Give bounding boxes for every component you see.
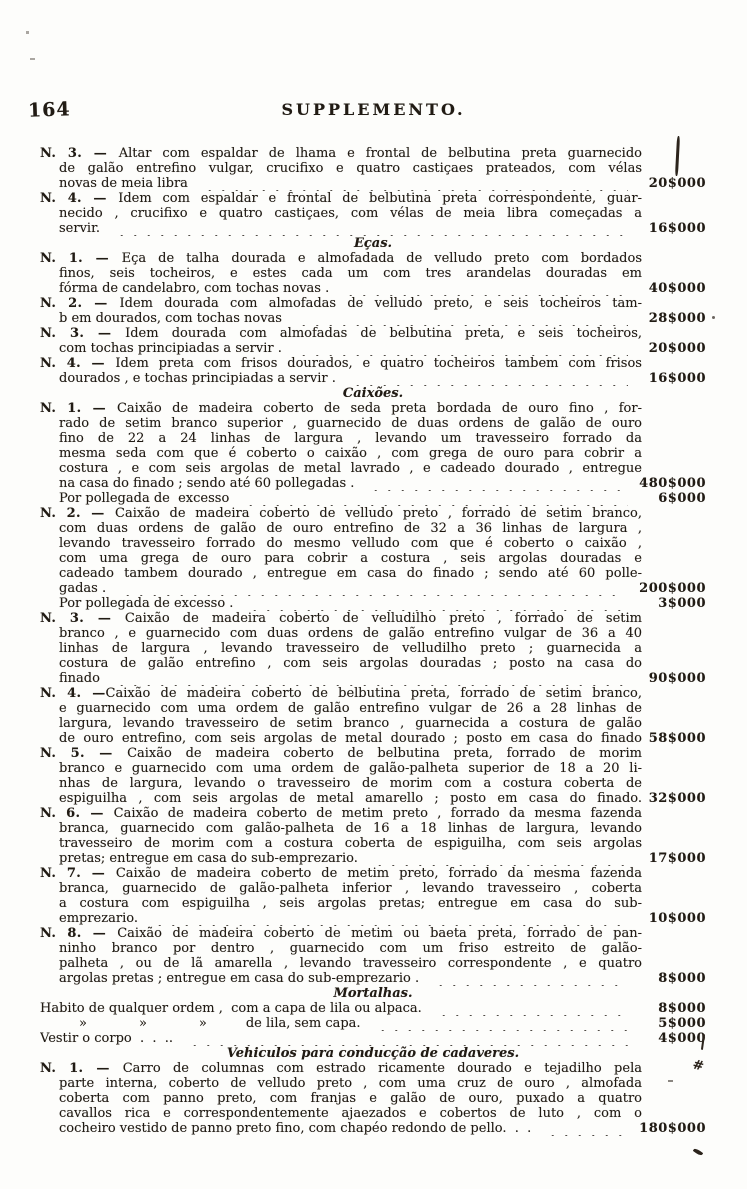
entry-text: largura, levando travesseiro de setim br… <box>59 716 642 731</box>
entry-text: finado <box>59 671 100 686</box>
entry-number: N. 2. — <box>40 296 119 311</box>
entry-line: branca, guarnecido de galão-palheta infe… <box>40 881 642 896</box>
entry-line: branca, guarnecido com galão-palheta de … <box>40 821 642 836</box>
entry-line: com uma grega de ouro para cobrir a cost… <box>40 551 642 566</box>
entry-line: levando travesseiro forrado do mesmo vel… <box>40 536 642 551</box>
section: Eças.N. 1. — Eça de talha dourada e almo… <box>40 236 706 386</box>
entry-text: N. 7. — Caixão de madeira coberto de met… <box>40 866 642 881</box>
section-heading: Mortalhas. <box>40 986 706 1001</box>
price-value: 20$000 <box>642 176 706 191</box>
price-list-entry: Por pollegada de excesso .3$000 <box>40 596 706 611</box>
price-list-entry: N. 1. — Eça de talha dourada e almofadad… <box>40 251 706 296</box>
entry-text: N. 5. — Caixão de madeira coberto de bel… <box>40 746 642 761</box>
price-value: 5$000 <box>642 1016 706 1031</box>
entry-text: com tochas principiadas a servir . <box>59 341 282 356</box>
entry-line: N. 4. — Idem preta com frisos dourados, … <box>40 356 642 371</box>
section: N. 3. — Altar com espaldar de lhama e fr… <box>40 146 706 236</box>
price-value: 16$000 <box>642 371 706 386</box>
entry-line: branco , e guarnecido com duas ordens de… <box>40 626 642 641</box>
dot-leader <box>110 671 628 686</box>
entry-text: N. 3. — Idem dourada com almofadas de be… <box>40 326 642 341</box>
entry-line: com tochas principiadas a servir .20$000 <box>40 341 706 356</box>
entry-text: N. 3. — Caixão de madeira coberto de vel… <box>40 611 642 626</box>
dot-leader <box>239 491 628 506</box>
entry-text: N. 8. — Caixão de madeira coberto de met… <box>40 926 642 941</box>
entry-text: com uma grega de ouro para cobrir a cost… <box>59 551 642 566</box>
entry-text: branca, guarnecido com galão-palheta de … <box>59 821 642 836</box>
entry-line: e guarnecido com uma ordem de galão entr… <box>40 701 642 716</box>
ink-artifact: # <box>692 1057 702 1071</box>
page-header: SUPPLEMENTO. <box>0 100 747 119</box>
scanned-document-page: 164 SUPPLEMENTO. N. 3. — Altar com espal… <box>0 0 747 1189</box>
ink-artifact <box>30 58 35 60</box>
dot-leader <box>243 596 628 611</box>
price-value: 10$000 <box>642 911 706 926</box>
entry-line: de ouro entrefino, com seis argolas de m… <box>40 731 706 746</box>
entry-line: Por pollegada de excesso .3$000 <box>40 596 706 611</box>
entry-text: fórma de candelabro, com tochas novas . <box>59 281 329 296</box>
entry-number: N. 1. — <box>40 1061 123 1076</box>
entry-line: N. 1. — Eça de talha dourada e almofadad… <box>40 251 642 266</box>
price-list-entry: Por pollegada de excesso6$000 <box>40 491 706 506</box>
entry-text: Por pollegada de excesso <box>59 491 229 506</box>
price-value: 8$000 <box>642 971 706 986</box>
entry-line: cocheiro vestido de panno preto fino, co… <box>40 1121 706 1136</box>
section: Mortalhas.Habito de qualquer ordem , com… <box>40 986 706 1046</box>
entry-text: Vestir o corpo . . .. <box>40 1031 173 1046</box>
entry-line: finos, seis tocheiros, e estes cada um c… <box>40 266 642 281</box>
entry-line: palheta , ou de lã amarella , levando tr… <box>40 956 642 971</box>
entry-text: b em dourados, com tochas novas <box>59 311 282 326</box>
entry-text: de ouro entrefino, com seis argolas de m… <box>59 731 642 746</box>
section: Vehiculos para conducção de cadaveres.N.… <box>40 1046 706 1136</box>
price-list-entry: N. 8. — Caixão de madeira coberto de met… <box>40 926 706 986</box>
entry-text: N. 6. — Caixão de madeira coberto de met… <box>40 806 642 821</box>
price-list-entry: N. 1. — Carro de columnas com estrado ri… <box>40 1061 706 1136</box>
dot-leader <box>148 911 628 926</box>
price-list-entry: N. 4. —Caixão de madeira coberto de belb… <box>40 686 706 746</box>
entry-line: largura, levando travesseiro de setim br… <box>40 716 642 731</box>
entry-line: gadas .200$000 <box>40 581 706 596</box>
price-list-entry: N. 7. — Caixão de madeira coberto de met… <box>40 866 706 926</box>
entry-text: costura de galão entrefino , com seis ar… <box>59 656 642 671</box>
entry-line: fino de 22 a 24 linhas de largura , leva… <box>40 431 642 446</box>
entry-text: N. 2. — Idem dourada com almofadas de ve… <box>40 296 642 311</box>
entry-number: N. 3. — <box>40 146 119 161</box>
entry-text: de galão entrefino vulgar, crucifixo e q… <box>59 161 642 176</box>
entry-text: mesma seda com que é coberto o caixão , … <box>59 446 642 461</box>
entry-text: a costura com espiguilha , seis argolas … <box>59 896 642 911</box>
entry-text: novas de meia libra <box>59 176 188 191</box>
entry-line: costura , e com seis argolas de metal la… <box>40 461 642 476</box>
entry-line: cadeado tambem dourado , entregue em cas… <box>40 566 642 581</box>
ink-artifact <box>693 1147 703 1156</box>
entry-line: cavallos rica e correspondentemente ajae… <box>40 1106 642 1121</box>
entry-number: N. 4. — <box>40 356 115 371</box>
entry-line: na casa do finado ; sendo até 60 pollega… <box>40 476 706 491</box>
dot-leader <box>292 311 628 326</box>
price-value: 480$000 <box>639 476 706 491</box>
entry-text: N. 1. — Caixão de madeira coberto de sed… <box>40 401 642 416</box>
entry-text: espiguilha , com seis argolas de metal a… <box>59 791 642 806</box>
price-list-entry: N. 2. — Idem dourada com almofadas de ve… <box>40 296 706 326</box>
price-list-entry: N. 5. — Caixão de madeira coberto de bel… <box>40 746 706 806</box>
entry-line: dourados , e tochas principiadas a servi… <box>40 371 706 386</box>
entry-line: » » » de lila, sem capa.5$000 <box>40 1016 706 1031</box>
entry-line: de galão entrefino vulgar, crucifixo e q… <box>40 161 642 176</box>
entry-line: rado de setim branco superior , guarneci… <box>40 416 642 431</box>
dot-leader <box>292 341 628 356</box>
price-list-entry: N. 4. — Idem com espaldar e frontal de b… <box>40 191 706 236</box>
entry-text: com duas ordens de galão de ouro entrefi… <box>59 521 642 536</box>
price-list-entry: N. 3. — Caixão de madeira coberto de vel… <box>40 611 706 686</box>
entry-text: finos, seis tocheiros, e estes cada um c… <box>59 266 642 281</box>
dot-leader <box>183 1031 628 1046</box>
entry-line: N. 7. — Caixão de madeira coberto de met… <box>40 866 642 881</box>
entry-line: Por pollegada de excesso6$000 <box>40 491 706 506</box>
entry-line: N. 5. — Caixão de madeira coberto de bel… <box>40 746 642 761</box>
dot-leader <box>339 281 628 296</box>
entry-number: N. 2. — <box>40 506 115 521</box>
entry-line: com duas ordens de galão de ouro entrefi… <box>40 521 642 536</box>
entry-number: N. 8. — <box>40 926 117 941</box>
entry-text: palheta , ou de lã amarella , levando tr… <box>59 956 642 971</box>
entry-line: branco e guarnecido com uma ordem de gal… <box>40 761 642 776</box>
entry-line: novas de meia libra20$000 <box>40 176 706 191</box>
entry-text: emprezario. <box>59 911 138 926</box>
entry-text: parte interna, coberto de velludo preto … <box>59 1076 642 1091</box>
dot-leader <box>364 476 625 491</box>
price-list-entry: N. 3. — Idem dourada com almofadas de be… <box>40 326 706 356</box>
price-value: 17$000 <box>642 851 706 866</box>
entry-number: N. 1. — <box>40 251 122 266</box>
entry-text: argolas pretas ; entregue em casa do sub… <box>59 971 419 986</box>
entry-text: cocheiro vestido de panno preto fino, co… <box>59 1121 531 1136</box>
entry-line: espiguilha , com seis argolas de metal a… <box>40 791 706 806</box>
entry-text: Habito de qualquer ordem , com a capa de… <box>40 1001 422 1016</box>
entry-line: Habito de qualquer ordem , com a capa de… <box>40 1001 706 1016</box>
entry-line: N. 1. — Caixão de madeira coberto de sed… <box>40 401 642 416</box>
entry-line: nhas de largura, levando o travesseiro d… <box>40 776 642 791</box>
entry-number: N. 3. — <box>40 326 125 341</box>
price-list-entry: Vestir o corpo . . ..4$000 <box>40 1031 706 1046</box>
price-value: 20$000 <box>642 341 706 356</box>
entry-text: costura , e com seis argolas de metal la… <box>59 461 642 476</box>
dot-leader <box>198 176 628 191</box>
entry-line: N. 2. — Idem dourada com almofadas de ve… <box>40 296 642 311</box>
entry-text: N. 4. — Idem com espaldar e frontal de b… <box>40 191 642 206</box>
price-list-entry: N. 2. — Caixão de madeira coberto de vel… <box>40 506 706 596</box>
entry-text: travesseiro de morim com a costura cober… <box>59 836 642 851</box>
entry-text: N. 4. —Caixão de madeira coberto de belb… <box>40 686 642 701</box>
entry-line: coberta com panno preto, com franjas e g… <box>40 1091 642 1106</box>
price-value: 40$000 <box>642 281 706 296</box>
entry-text: N. 2. — Caixão de madeira coberto de vel… <box>40 506 642 521</box>
price-list-entry: N. 3. — Altar com espaldar de lhama e fr… <box>40 146 706 191</box>
price-value: 6$000 <box>642 491 706 506</box>
dot-leader <box>432 1001 628 1016</box>
section-heading: Caixões. <box>40 386 706 401</box>
entry-number: N. 7. — <box>40 866 116 881</box>
price-value: 28$000 <box>642 311 706 326</box>
entry-line: linhas de largura , levando travesseiro … <box>40 641 642 656</box>
entry-text: nhas de largura, levando o travesseiro d… <box>59 776 642 791</box>
entry-line: costura de galão entrefino , com seis ar… <box>40 656 642 671</box>
entry-number: N. 1. — <box>40 401 117 416</box>
entry-line: parte interna, coberto de velludo preto … <box>40 1076 642 1091</box>
entry-line: N. 6. — Caixão de madeira coberto de met… <box>40 806 642 821</box>
section-heading: Eças. <box>40 236 706 251</box>
entry-text: N. 4. — Idem preta com frisos dourados, … <box>40 356 642 371</box>
entry-text: rado de setim branco superior , guarneci… <box>59 416 642 431</box>
entry-number: N. 3. — <box>40 611 125 626</box>
entry-text: necido , crucifixo e quatro castiçaes, c… <box>59 206 642 221</box>
price-value: 32$000 <box>642 791 706 806</box>
dot-leader <box>371 1016 628 1031</box>
entry-line: N. 4. —Caixão de madeira coberto de belb… <box>40 686 642 701</box>
entry-line: N. 4. — Idem com espaldar e frontal de b… <box>40 191 642 206</box>
dot-leader <box>110 221 628 236</box>
entry-text: cadeado tambem dourado , entregue em cas… <box>59 566 642 581</box>
dot-leader <box>429 971 628 986</box>
entry-text: N. 3. — Altar com espaldar de lhama e fr… <box>40 146 642 161</box>
entry-number: N. 5. — <box>40 746 127 761</box>
entry-line: servir.16$000 <box>40 221 706 236</box>
entry-line: N. 3. — Altar com espaldar de lhama e fr… <box>40 146 642 161</box>
price-list-entry: Habito de qualquer ordem , com a capa de… <box>40 1001 706 1016</box>
entry-line: emprezario.10$000 <box>40 911 706 926</box>
dot-leader <box>116 581 625 596</box>
entry-text: branca, guarnecido de galão-palheta infe… <box>59 881 642 896</box>
price-value: 90$000 <box>642 671 706 686</box>
entry-text: N. 1. — Carro de columnas com estrado ri… <box>40 1061 642 1076</box>
entry-line: Vestir o corpo . . ..4$000 <box>40 1031 706 1046</box>
price-value: 58$000 <box>642 731 706 746</box>
price-value: 16$000 <box>642 221 706 236</box>
entry-line: finado90$000 <box>40 671 706 686</box>
entry-text: ninho branco por dentro , guarnecido com… <box>59 941 642 956</box>
dot-leader <box>541 1121 625 1136</box>
entry-text: pretas; entregue em casa do sub-emprezar… <box>59 851 358 866</box>
price-value: 4$000 <box>642 1031 706 1046</box>
entry-line: b em dourados, com tochas novas28$000 <box>40 311 706 326</box>
entry-line: fórma de candelabro, com tochas novas .4… <box>40 281 706 296</box>
entry-text: branco e guarnecido com uma ordem de gal… <box>59 761 642 776</box>
entry-text: coberta com panno preto, com franjas e g… <box>59 1091 642 1106</box>
entry-text: branco , e guarnecido com duas ordens de… <box>59 626 642 641</box>
entry-line: N. 2. — Caixão de madeira coberto de vel… <box>40 506 642 521</box>
entry-text: dourados , e tochas principiadas a servi… <box>59 371 336 386</box>
entry-text: gadas . <box>59 581 106 596</box>
entry-text: cavallos rica e correspondentemente ajae… <box>59 1106 642 1121</box>
price-list-entry: N. 4. — Idem preta com frisos dourados, … <box>40 356 706 386</box>
price-value: 180$000 <box>639 1121 706 1136</box>
entry-text: N. 1. — Eça de talha dourada e almofadad… <box>40 251 642 266</box>
price-list: N. 3. — Altar com espaldar de lhama e fr… <box>40 146 706 1136</box>
entry-text: linhas de largura , levando travesseiro … <box>59 641 642 656</box>
price-list-entry: N. 1. — Caixão de madeira coberto de sed… <box>40 401 706 491</box>
ink-artifact <box>712 316 715 319</box>
entry-line: mesma seda com que é coberto o caixão , … <box>40 446 642 461</box>
entry-line: necido , crucifixo e quatro castiçaes, c… <box>40 206 642 221</box>
entry-text: e guarnecido com uma ordem de galão entr… <box>59 701 642 716</box>
entry-line: argolas pretas ; entregue em casa do sub… <box>40 971 706 986</box>
entry-line: N. 8. — Caixão de madeira coberto de met… <box>40 926 642 941</box>
entry-line: a costura com espiguilha , seis argolas … <box>40 896 642 911</box>
entry-text: » » » de lila, sem capa. <box>40 1016 361 1031</box>
price-value: 3$000 <box>642 596 706 611</box>
price-value: 200$000 <box>639 581 706 596</box>
entry-text: na casa do finado ; sendo até 60 pollega… <box>59 476 354 491</box>
entry-text: fino de 22 a 24 linhas de largura , leva… <box>59 431 642 446</box>
dot-leader <box>346 371 628 386</box>
entry-number: N. 4. — <box>40 191 118 206</box>
entry-line: ninho branco por dentro , guarnecido com… <box>40 941 642 956</box>
price-list-entry: N. 6. — Caixão de madeira coberto de met… <box>40 806 706 866</box>
entry-number: N. 4. — <box>40 686 106 701</box>
entry-text: levando travesseiro forrado do mesmo vel… <box>59 536 642 551</box>
price-value: 8$000 <box>642 1001 706 1016</box>
ink-artifact <box>668 1080 673 1082</box>
entry-line: travesseiro de morim com a costura cober… <box>40 836 642 851</box>
section: Caixões.N. 1. — Caixão de madeira cobert… <box>40 386 706 986</box>
entry-line: N. 1. — Carro de columnas com estrado ri… <box>40 1061 642 1076</box>
entry-line: pretas; entregue em casa do sub-emprezar… <box>40 851 706 866</box>
entry-text: Por pollegada de excesso . <box>59 596 233 611</box>
ink-artifact <box>26 31 29 34</box>
entry-line: N. 3. — Caixão de madeira coberto de vel… <box>40 611 642 626</box>
price-list-entry: » » » de lila, sem capa.5$000 <box>40 1016 706 1031</box>
entry-line: N. 3. — Idem dourada com almofadas de be… <box>40 326 642 341</box>
entry-number: N. 6. — <box>40 806 114 821</box>
entry-text: servir. <box>59 221 100 236</box>
section-heading: Vehiculos para conducção de cadaveres. <box>40 1046 706 1061</box>
dot-leader <box>368 851 628 866</box>
